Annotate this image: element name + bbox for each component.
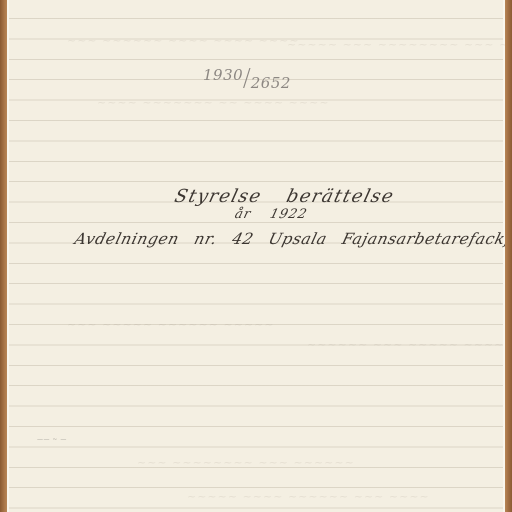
archive-number-bottom: 2652 [251,74,291,92]
document-scan: ~~~ ~~~~~~ ~~~~ ~~~~ ~~~~ ~~~~~ ~~~ ~~~~… [0,0,512,512]
archive-number-top: 1930 [203,66,243,84]
document-year: år 1922 [233,207,309,222]
bleed-through-text: ~~~~ ~~~~~~~ ~~ ~~~~ ~~~~ [97,96,330,109]
bleed-through-text: ~~~ ~~~~~~ ~~~~ ~~~~ ~~~~ [67,34,300,47]
bleed-through-text: ~~~~~ ~~~ ~~~~~~~~ ~~~ ~~~~~ ~~~ [287,38,512,51]
page-border-left [0,0,7,512]
archive-number: 1930/2652 [203,66,291,84]
bleed-through-text: ~~~ ~~~~~ ~~~~~~ ~~~~~ [67,318,275,331]
bleed-through-text: ~~~ ~~~~~~~~ ~~~ ~~~~~~ [137,456,355,469]
margin-mark: —— ~ — [37,436,67,443]
document-subtitle: Avdelningen nr. 42 Upsala Fajansarbetare… [73,230,512,248]
ruled-paper-page: ~~~ ~~~~~~ ~~~~ ~~~~ ~~~~ ~~~~~ ~~~ ~~~~… [7,0,505,512]
document-title: Styrelse berättelse [172,186,396,207]
page-border-right [505,0,512,512]
archive-number-slash: / [244,64,250,93]
bleed-through-text: ~~~~~~ ~~~ ~~~~~ ~~~~~~~~ [307,338,512,351]
bleed-through-text: ~~~~~ ~~~~ ~~~~~~ ~~~ ~~~~ [187,490,430,503]
